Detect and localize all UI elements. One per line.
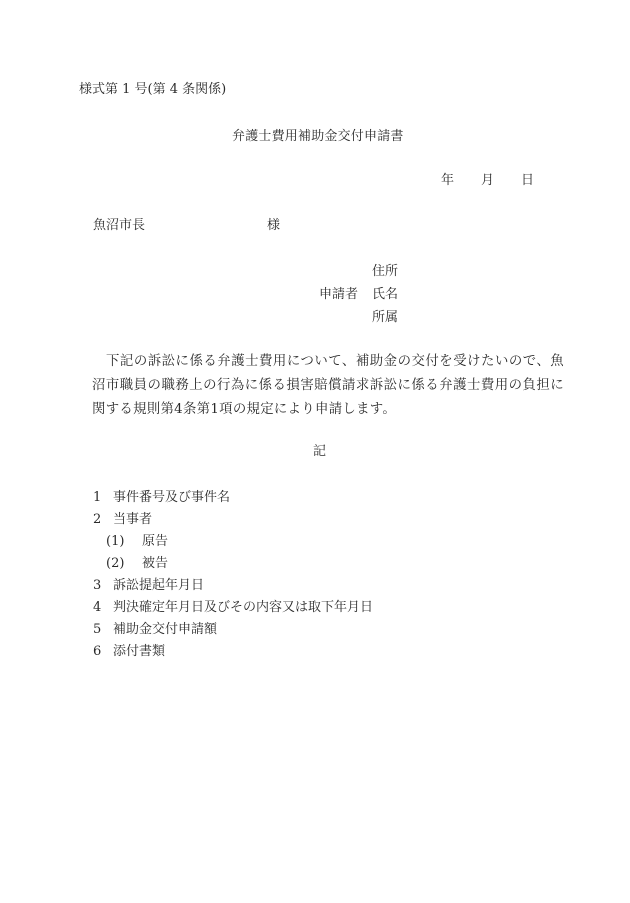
ki-heading: 記 [313,444,326,460]
item-number: 5 [93,622,113,638]
item-label: 添付書類 [113,644,165,660]
document-title: 弁護士費用補助金交付申請書 [232,129,404,145]
item-number: 2 [93,512,113,528]
applicant-label: 申請者 [319,287,358,303]
applicant-field-address: 住所 [372,264,398,287]
addressee-name: 魚沼市長 [93,218,145,233]
item-number: (2) [106,556,142,572]
applicant-field-name: 氏名 [372,287,398,310]
date-year: 年 [441,173,481,189]
list-item: 4判決確定年月日及びその内容又は取下年月日 [93,600,373,622]
date-day: 日 [521,173,534,189]
item-label: 被告 [142,556,168,572]
item-label: 原告 [142,534,168,550]
item-label: 補助金交付申請額 [113,622,217,638]
item-label: 当事者 [113,512,152,528]
list-item: 3訴訟提起年月日 [93,578,373,600]
list-item: 5補助金交付申請額 [93,622,373,644]
item-number: 3 [93,578,113,594]
addressee: 魚沼市長 様 [93,218,145,234]
item-label: 訴訟提起年月日 [113,578,204,594]
date-month: 月 [481,173,521,189]
date-line: 年月日 [441,173,534,189]
item-label: 事件番号及び事件名 [113,490,230,506]
item-number: 6 [93,644,113,660]
item-number: (1) [106,534,142,550]
item-list: 1事件番号及び事件名 2当事者 (1)原告 (2)被告 3訴訟提起年月日 4判決… [93,490,373,666]
body-paragraph: 下記の訴訟に係る弁護士費用について、補助金の交付を受けたいので、魚沼市職員の職務… [92,350,564,422]
applicant-fields: 住所 氏名 所属 [372,264,398,333]
form-number: 様式第 1 号(第 4 条関係) [79,82,226,98]
item-label: 判決確定年月日及びその内容又は取下年月日 [113,600,373,616]
list-item: 2当事者 [93,512,373,534]
addressee-honorific: 様 [267,218,280,234]
list-subitem: (2)被告 [93,556,373,578]
list-subitem: (1)原告 [93,534,373,556]
item-number: 4 [93,600,113,616]
list-item: 1事件番号及び事件名 [93,490,373,512]
applicant-field-affiliation: 所属 [372,310,398,333]
item-number: 1 [93,490,113,506]
list-item: 6添付書類 [93,644,373,666]
